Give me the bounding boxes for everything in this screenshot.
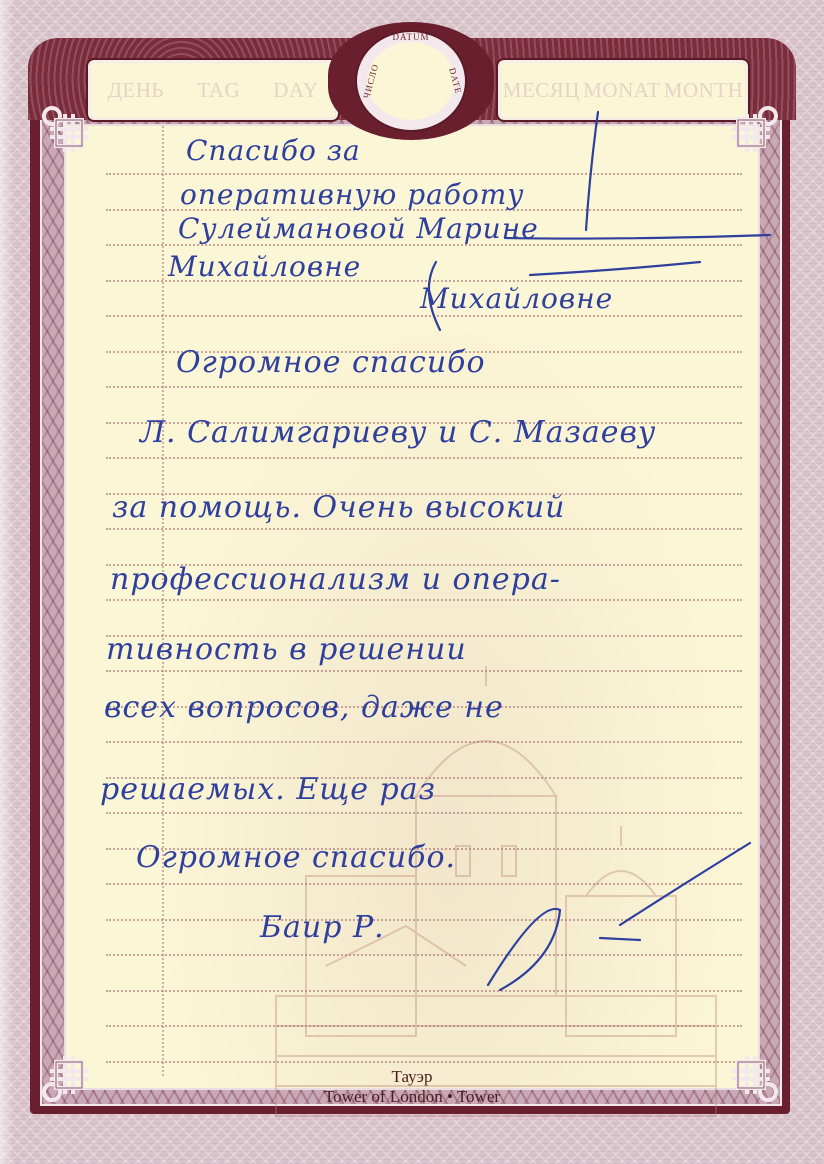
handwriting-line: Сулеймановой Марине [178,212,539,245]
ruled-line [106,386,742,388]
celtic-knot-icon [722,104,780,162]
day-label-en: DAY [273,78,318,103]
month-label-de: MONAT [583,78,660,103]
handwriting-line: Спасибо за [186,134,361,167]
ruled-line [106,173,742,175]
handwriting-line: Огромное спасибо [176,345,486,380]
handwriting-line: тивность в решении [106,632,467,667]
page-edge-shadow [0,0,14,1164]
caption-title-ru: Тауэр [0,1067,824,1087]
handwriting-line: за помощь. Очень высокий [112,490,566,525]
medallion-label-left: ЧИСЛО [361,62,380,99]
celtic-knot-icon [40,104,98,162]
date-medallion: DATUM ЧИСЛО DATE [328,22,494,140]
month-field: МЕСЯЦ MONAT MONTH [498,60,748,120]
day-label-ru: ДЕНЬ [108,78,164,103]
ruled-line [106,315,742,317]
date-oval-field: DATUM ЧИСЛО DATE [357,32,465,130]
handwriting-line: всех вопросов, даже не [104,690,504,725]
ruled-line [106,528,742,530]
signature: Баир Р. [260,910,385,945]
medallion-label-top: DATUM [367,32,455,42]
month-label-ru: МЕСЯЦ [503,78,580,103]
handwriting-line: Огромное спасибо. [136,840,456,875]
handwriting-line: Л. Салимгариеву и С. Мазаеву [140,415,656,450]
ruled-line [106,599,742,601]
ruled-line [106,457,742,459]
signature: Михайловне [420,282,613,315]
handwriting-line: профессионализм и опера- [110,562,561,597]
tower-of-london-watermark [266,666,726,1136]
handwriting-line: оперативную работу [180,178,525,211]
day-label-de: TAG [197,78,240,103]
day-field: ДЕНЬ TAG DAY [88,60,338,120]
handwriting-line: решаемых. Еще раз [100,772,436,807]
date-header: ДЕНЬ TAG DAY МЕСЯЦ MONAT MONTH DATUM ЧИС… [28,20,796,120]
handwriting-line: Михайловне [168,250,361,283]
month-label-en: MONTH [664,78,744,103]
medallion-label-right: DATE [447,67,464,96]
margin-guide [162,126,164,1076]
caption-title-en: Tower of London • Tower [0,1087,824,1107]
